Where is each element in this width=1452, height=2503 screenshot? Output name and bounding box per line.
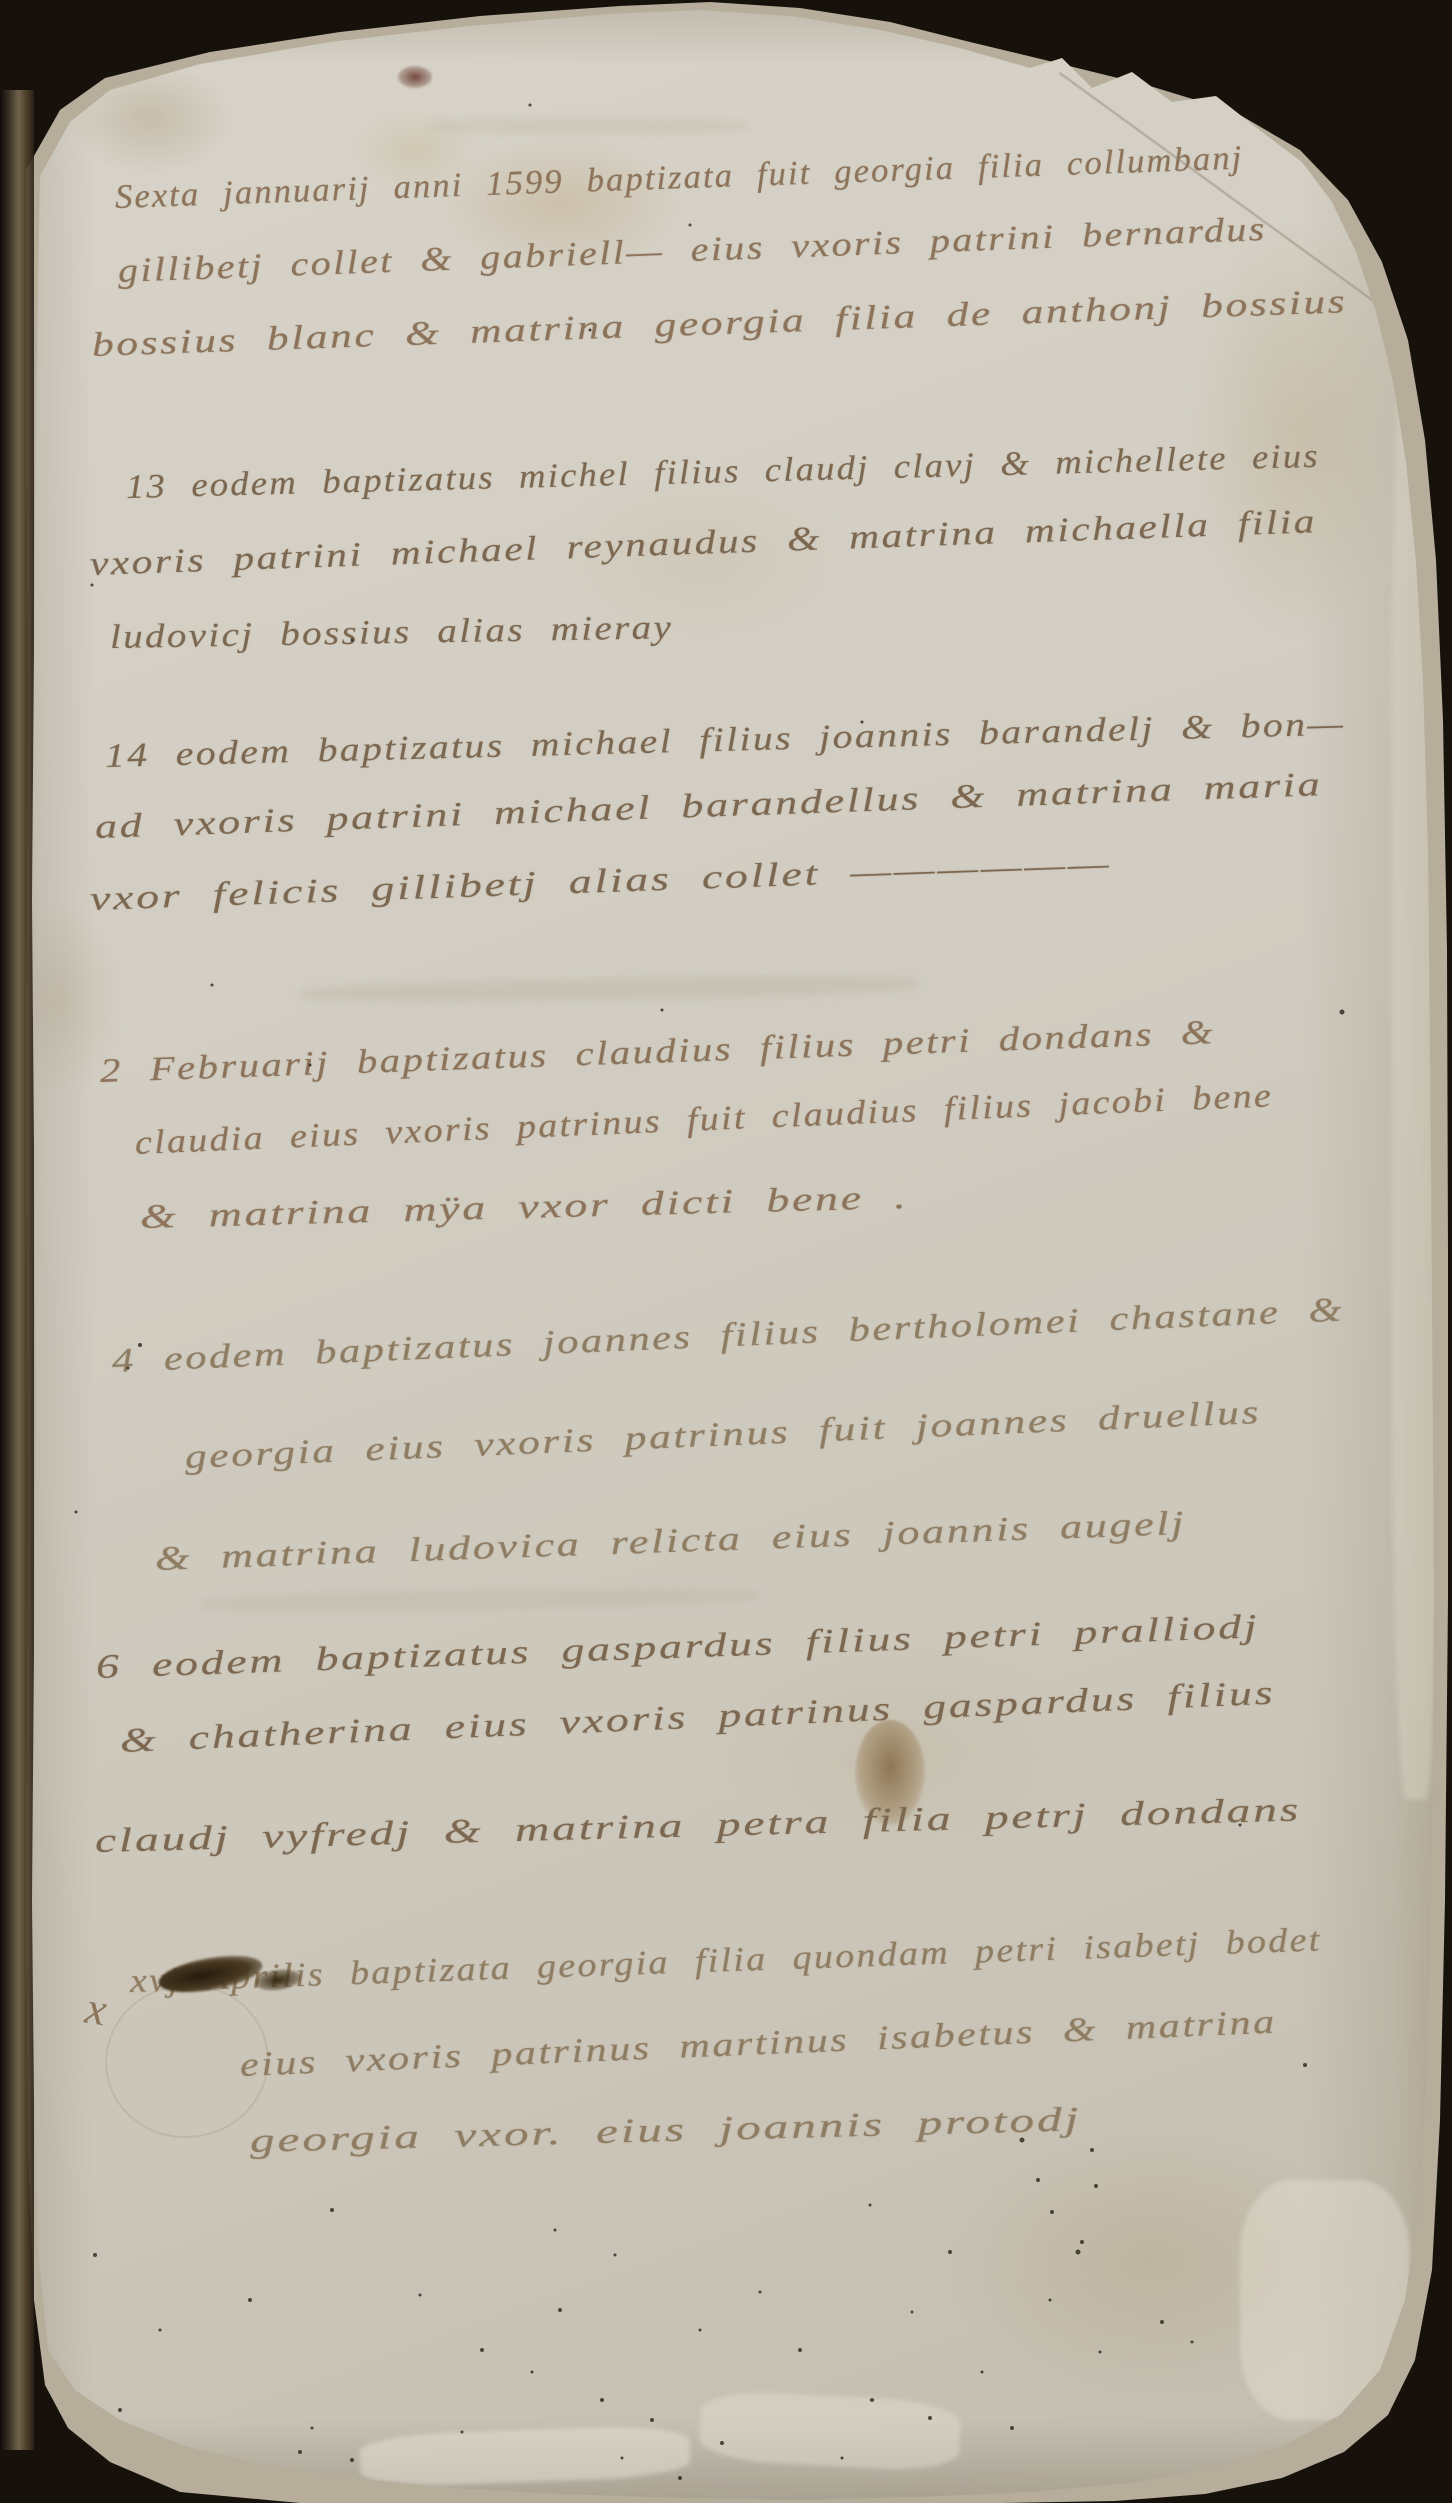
speckles	[0, 0, 1452, 2503]
manuscript-page: Sexta jannuarij anni 1599 baptizata fuit…	[0, 0, 1452, 2503]
binding-strip	[0, 90, 34, 2450]
photo-background: Sexta jannuarij anni 1599 baptizata fuit…	[0, 0, 1452, 2503]
